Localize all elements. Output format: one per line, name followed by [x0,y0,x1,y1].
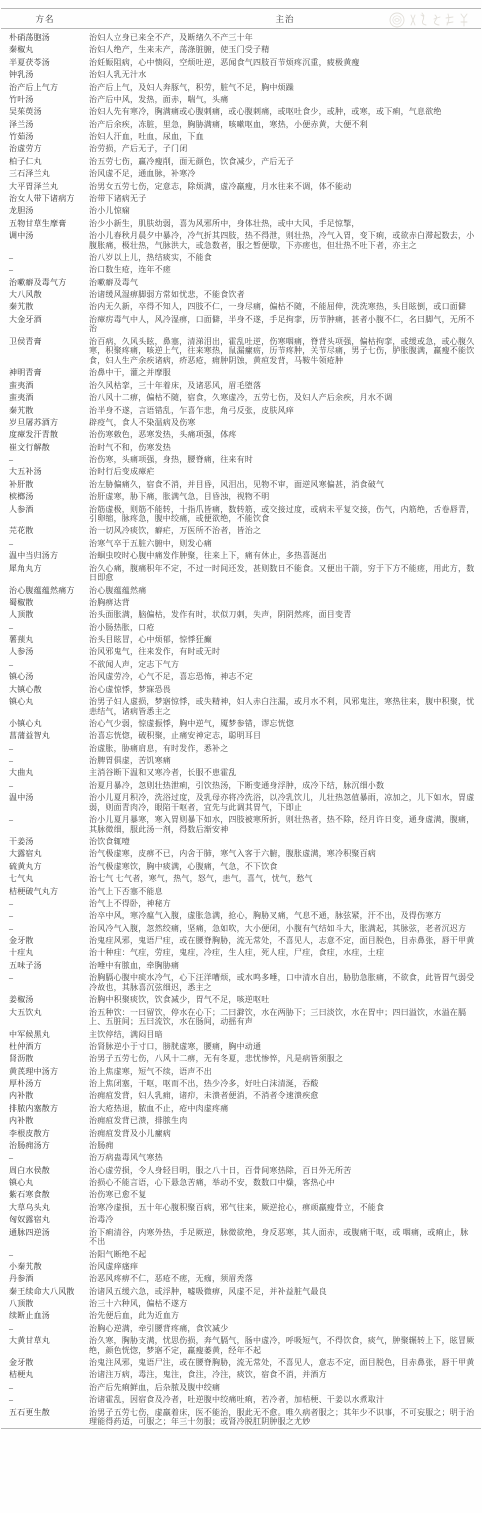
indication: 治心虚惊悸，梦寐恐畏 [89,685,481,695]
table-row: 五物甘草生摩膏 治少小新生，肌肤幼弱，喜为风邪所中，身体壮热，或中大风，手足惊掣… [1,217,481,229]
table-row: – 治夏月暴冷，忽则壮热泄痢，引饮热汤，下断变通身浮肿，成冷下结，脉沉细小数 [1,779,481,791]
formula-name: 菖蒲益智丸 [1,731,89,741]
indication: 治口数生疮，连年不瘥 [89,265,481,275]
formula-name: – [1,815,89,834]
table-row: 人参酒 治筋虚极，则筋不能转，十指爪皆痛，数转筋，或交接过度，或病未平复交接，伤… [1,503,481,525]
indication: 治风邪鬼气，往来发作，有时或无时 [89,647,481,657]
indication: 治诸缓风湿痹脚弱方常如忧悲，不能食饮者 [89,290,481,300]
indication: 治妇人立身已来全不产，及断绪久不产三十年 [89,33,481,43]
table-row: 调中汤 治小儿春秋月晨夕中暴冷，冷气折其四肢，热不得泄，则壮热，冷气入胃，变下痢… [1,230,481,252]
indication: 治心气少弱，惊虚振悸，胸中逆气，魇梦参错，谬忘恍惚 [89,719,481,729]
indication: 治先便后血，此为近血方 [89,1311,481,1321]
table-row: 治女人带下诸病方 治带下诸病无子 [1,192,481,204]
indication: 治肾脉逆小于寸口，膀胱虚寒，腰痛，胸中动通 [89,1042,481,1052]
table-row: – 治气上不得卧，神秘方 [1,898,481,910]
indication: 治卒中风，寒冷瘟气入腹，虚胀急满，抢心，胸胁叉痛，气息不通，脉弦紧，汗不出，及得… [89,911,481,921]
table-row: – 治卒中风，寒冷瘟气入腹，虚胀急满，抢心，胸胁叉痛，气息不通，脉弦紧，汗不出，… [1,910,481,922]
table-header-row: 方名 主治 [1,9,481,29]
indication: 治八风十二痹，偏枯不随，宿食，久寒虚冷，五劳七伤，及妇人产后余疾，月水不调 [89,393,481,403]
table-row: – 治虚胀，胁痛肩息，有时发作，悉补之 [1,742,481,754]
indication: 治鼻中干，灌之并摩服 [89,368,481,378]
indication: 不欲闻人声，定志下气方 [89,660,481,670]
formula-name: 桔梗丸 [1,1370,89,1380]
table-row: 硫黄丸方 治气极虚寒饮，胸中痰满，心腹痛，气急，不下饮食 [1,860,481,872]
formula-name: 半夏茯苓汤 [1,58,89,68]
formula-name: – [1,924,89,934]
table-row: – 治寒气卒于五脏六腑中，则发心痛 [1,537,481,549]
table-row: 龙胆汤 治小儿惊痫 [1,205,481,217]
formula-name: 大曲丸 [1,768,89,778]
indication: 治嗽癖及毒气 [89,278,481,288]
formula-name: 大草乌头丸 [1,1203,89,1213]
indication: 治饮食辄噎 [89,837,481,847]
formula-name: 卫侯青膏 [1,337,89,366]
indication: 治唾中有脓血，牵胸胁痛 [89,961,481,971]
indication: 治左胁偏痛久，宿食不消，并目昏，风泪出，见物不审，面逆风寒偏甚，消食破气 [89,480,481,490]
formula-name: 泽兰汤 [1,120,89,130]
table-row: 泽兰汤 治产后余疾，冻脏，里急，胸胁满痛，咳嗽呕血，寒热，小便赤黄，大便不利 [1,118,481,130]
formula-name: 治肠痈汤方 [1,1141,89,1151]
table-row: – 治产后先痢鲜血，后杂脓及腹中绞痛 [1,1381,481,1393]
formula-name: 治嗽癖及毒气方 [1,278,89,288]
table-row: – 不欲闻人声，定志下气方 [1,658,481,670]
formula-name: – [1,1153,89,1163]
formula-name: 大金牙酒 [1,315,89,334]
formula-name: 厚朴汤方 [1,1079,89,1089]
indication: 治男子五劳七伤，虚羸着床，医不能治，服此无不愈。唯久病者服之；其年少不识事，不可… [89,1408,481,1427]
indication: 治头目眩冒，心中烦郁，惊悸狂癫 [89,635,481,645]
table-row: – 治八岁以上儿，热结痰实，不能食 [1,252,481,264]
formula-name: 三石泽兰丸 [1,169,89,179]
indication: 治男子五劳七伤，八风十二痹，无有冬夏，悲忧惨悴，凡是病皆须服之 [89,1054,481,1064]
table-row: 内补散 治痈疽发背已溃，排脓生肉 [1,1115,481,1127]
formula-name: 干姜汤 [1,837,89,847]
table-row: 竹叶汤 治产后中风，发热，面赤，喘气，头痛 [1,93,481,105]
indication: 治产后余疾，冻脏，里急，胸胁满痛，咳嗽呕血，寒热，小便赤黄，大便不利 [89,120,481,130]
indication: 治诸注万病，毒注，鬼注，食注，冷注，痰饮，宿食不消，并酒方 [89,1370,481,1380]
formula-name: 龙胆汤 [1,206,89,216]
table-row: 桔梗丸 治诸注万病，毒注，鬼注，食注，冷注，痰饮，宿食不消，并酒方 [1,1369,481,1381]
formula-name: 大平胃泽兰丸 [1,182,89,192]
table-row: 度瘴发汗青散 治伤寒敕色，恶寒发热，头痛项强，体疼 [1,429,481,441]
column-header-formula-name: 方名 [1,14,89,24]
formula-name: – [1,623,89,633]
table-row: 治产后上气方 治产后上气，及妇人奔豚气，积劳，脏气不足，胸中烦躁 [1,81,481,93]
formula-name: 治产后上气方 [1,83,89,93]
table-row: – 治风冷气入腹，忽然绞痛，坚痛，急如吹，大小便闭，小腹有气结如斗大，胀满起，其… [1,922,481,934]
formulary-table-page: 方名 主治 朴硝荡胞汤 治妇人立身已来全不产，及断绪久不产三十年 秦椒丸 治妇人… [0,0,482,1513]
formula-name: 杜仲酒方 [1,1042,89,1052]
formula-name: – [1,1395,89,1405]
formula-name: 秦王续命大八风散 [1,1287,89,1297]
formula-name: 七气丸 [1,874,89,884]
table-row: – 治阳气断绝不起 [1,1248,481,1260]
formulary-table: 方名 主治 朴硝荡胞汤 治妇人立身已来全不产，及断绪久不产三十年 秦椒丸 治妇人… [1,8,481,1429]
formula-name: – [1,911,89,921]
formula-name: 五物甘草生摩膏 [1,219,89,229]
table-row: 杜仲酒方 治肾脉逆小于寸口，膀胱虚寒，腰痛，胸中动通 [1,1041,481,1053]
formula-name: 周白水侯散 [1,1166,89,1176]
table-row: – 治口数生疮，连年不瘥 [1,264,481,276]
table-row: 五石更生散 治男子五劳七伤，虚羸着床，医不能治，服此无不愈。唯久病者服之；其年少… [1,1406,481,1428]
table-row: – 治小肠热胀，口疮 [1,621,481,633]
table-row: 薯蓣丸 治头目眩冒，心中烦郁，惊悸狂癫 [1,634,481,646]
formula-name: 桔梗破气丸方 [1,887,89,897]
table-row: 芫花散 治一切风冷痰饮，癖疟，万医所不治者，皆治之 [1,525,481,537]
table-row: 治嗽癖及毒气方 治嗽癖及毒气 [1,276,481,288]
indication: 治半身不遂，言语错乱，乍喜乍悲，角弓反张，皮肤风痒 [89,406,481,416]
indication: 治妇人汗血，吐血，尿血，下血 [89,132,481,142]
table-row: 大五补汤 治时行后变成瘴疟 [1,466,481,478]
formula-name: – [1,1324,89,1334]
indication: 治万病蛊毒风气寒热 [89,1153,481,1163]
table-row: 温中汤 治小儿夏月积冷，洗浴过度，及乳母亦将冷洗浴，以冷乳饮儿，儿壮热忽值暴雨，… [1,792,481,814]
table-row: 治虚劳方 治劳损，产后无子，子门闭 [1,143,481,155]
formula-name: 崔文行解散 [1,443,89,453]
indication: 治风冷气入腹，忽然绞痛，坚痛，急如吹，大小便闭，小腹有气结如斗大，胀满起，其脉弦… [89,924,481,934]
formula-name: 通脉四逆汤 [1,1228,89,1247]
indication: 治肝虚寒，胁下痛，胀满气急，目昏浊，视物不明 [89,492,481,502]
table-row: 秦椒丸 治妇人绝产，生来未产，荡涤脏腑，使玉门受子精 [1,44,481,56]
formula-name: – [1,253,89,263]
indication: 治五种饮：一曰留饮，停水在心下；二曰澼饮，水在两胁下；三曰淡饮，水在胃中；四曰溢… [89,1008,481,1027]
indication: 治痈疽发背，妇人乳痈，诸疖，未溃者便消，不消者令速溃疾愈 [89,1091,481,1101]
formula-name: 竹茹汤 [1,132,89,142]
table-row: 镇心汤 治风虚劳冷，心气不足，喜忘恐怖，神志不定 [1,671,481,683]
indication: 治七气 七气者，寒气，热气，怒气，恚气，喜气，忧气，愁气 [89,874,481,884]
table-row: 秦王续命大八风散 治诸风五缓六急，或浮肿，嘘吸微痹，风虚不足，并补益脏气最良 [1,1285,481,1297]
formula-name: 温中汤 [1,793,89,812]
formula-name: 镇心汤 [1,672,89,682]
indication: 治产后先痢鲜血，后杂脓及腹中绞痛 [89,1383,481,1393]
indication: 治虚胀，胁痛肩息，有时发作，悉补之 [89,744,481,754]
table-row: 小秦艽散 治风虚痒瘙痒 [1,1260,481,1272]
table-row: 大露宿丸 治气极虚寒，皮痹不已，内舍于肺，寒气入客于六腑，腹胀虚满，寒冷积聚百病 [1,848,481,860]
table-body: 朴硝荡胞汤 治妇人立身已来全不产，及断绪久不产三十年 秦椒丸 治妇人绝产，生来未… [1,29,481,1428]
formula-name: 中军候黑丸 [1,1030,89,1040]
indication: 治久心痛，腹痛积年不定，不过一时间还发，甚则数日不能食。又便出干箭，穷于下方不能… [89,564,481,583]
table-row: – 治诸霍乱，因宿食及冷者，吐逆腹中绞痛吐痢，若冷者，加桔梗、干姜以水煮取汁 [1,1394,481,1406]
indication: 治带下诸病无子 [89,194,481,204]
formula-name: 朴硝荡胞汤 [1,33,89,43]
table-row: 李根皮散方 治痈疽发背及小儿瘰病 [1,1127,481,1139]
table-row: – 治伤寒，头痛项强，身热，腰脊痛，往来有时 [1,454,481,466]
table-row: 肾沥散 治男子五劳七伤，八风十二痹，无有冬夏，悲忧惨悴，凡是病皆须服之 [1,1053,481,1065]
table-row: 金牙散 治鬼疰风邪，鬼语尸疰，或在腰脊胸胁，流无常处，不喜见人，志意不定，面目脱… [1,935,481,947]
indication: 治妊娠阻病，心中愦闷，空烦吐逆，恶闻食气四肢百节烦疼沉重，疲极黄瘦 [89,58,481,68]
formula-name: 秦艽散 [1,406,89,416]
formula-name: 丹参酒 [1,1274,89,1284]
formula-name: 大五补汤 [1,467,89,477]
indication: 治小儿春秋月晨夕中暴冷，冷气折其四肢，热不得泄，则壮热，冷气入胃，变下痢，或欲赤… [89,231,481,250]
table-row: 五味子汤 治唾中有脓血，牵胸胁痛 [1,959,481,971]
formula-name: 治虚劳方 [1,144,89,154]
table-row: 金牙散 治鬼注风邪，鬼语尸注，或在腰脊胸胁，流无常处，不喜见人，意志不定，面目脱… [1,1357,481,1369]
indication: 治头面胀满，脑偏枯，发作有时，状似刀刺，失声，阴阴然疼，面目变青 [89,610,481,620]
table-row: 黄芪理中汤方 治上焦虚寒，短气不续，语声不出 [1,1065,481,1077]
table-row: 卫侯青膏 治百病，久风头眩，鼻塞，清涕泪出，霍乱吐逆，伤寒咽痛，脊背头项强，偏枯… [1,335,481,367]
formula-name: 人参酒 [1,505,89,524]
table-row: 槟榔汤 治肝虚寒，胁下痛，胀满气急，目昏浊，视物不明 [1,491,481,503]
formula-name: 内补散 [1,1116,89,1126]
indication: 治寒冷虚损，五十年心腹积聚百病，邪气往来，厥逆抢心，痹顽羸瘦骨立，不能食 [89,1203,481,1213]
formula-name: – [1,756,89,766]
formula-name: 人顶散 [1,610,89,620]
formula-name: 温中当归汤方 [1,551,89,561]
indication: 治小儿夏月积冷，洗浴过度，及乳母亦将冷洗浴，以冷乳饮儿，儿壮热忽值暴雨，凉加之，… [89,793,481,812]
formula-name: 五味子汤 [1,961,89,971]
table-row: 人顶散 治头面胀满，脑偏枯，发作有时，状似刀刺，失声，阴阴然疼，面目变青 [1,609,481,621]
indication: 治上焦虚寒，短气不续，语声不出 [89,1067,481,1077]
indication: 主饮停结，满闷目暗 [89,1030,481,1040]
table-row: 蛮夷酒 治八风十二痹，偏枯不随，宿食，久寒虚冷，五劳七伤，及妇人产后余疾，月水不… [1,392,481,404]
indication: 治筋虚极，则筋不能转，十指爪皆痛，数转筋，或交接过度，或病未平复交接，伤气，内筋… [89,505,481,524]
table-row: 大五饮丸 治五种饮：一曰留饮，停水在心下；二曰澼饮，水在两胁下；三曰淡饮，水在胃… [1,1006,481,1028]
indication: 治少小新生，肌肤幼弱，喜为风邪所中，身体壮热，或中大风，手足惊掣， [89,219,481,229]
formula-name: 小镇心丸 [1,719,89,729]
formula-name: – [1,973,89,992]
table-row: 镇心丸 治损心不能言语，心下悬急苦痛，举动不安，数数口中燥，客热心中 [1,1177,481,1189]
table-row: 补肝散 治左胁偏痛久，宿食不消，并目昏，风泪出，见物不审，面逆风寒偏甚，消食破气 [1,478,481,490]
indication: 治气上下否塞不能息 [89,887,481,897]
indication: 治阳气断绝不起 [89,1250,481,1260]
formula-name: 姜椒汤 [1,995,89,1005]
indication: 治痈疽发背已溃，排脓生肉 [89,1116,481,1126]
indication: 治毒冷 [89,1215,481,1225]
indication: 治风虚劳冷，心气不足，喜忘恐怖，神志不定 [89,672,481,682]
indication: 治心虚劳损，令人身轻目明，服之八十日，百骨间寒热除，百日外无所苦 [89,1166,481,1176]
formula-name: 调中汤 [1,231,89,250]
indication: 辟疫气，食人不染温病及伤寒 [89,418,481,428]
formula-name: 大黄甘草丸 [1,1336,89,1355]
table-row: – 治万病蛊毒风气寒热 [1,1152,481,1164]
table-row: 大草乌头丸 治寒冷虚损，五十年心腹积聚百病，邪气往来，厥逆抢心，痹顽羸瘦骨立，不… [1,1201,481,1213]
indication: 治百病，久风头眩，鼻塞，清涕泪出，霍乱吐逆，伤寒咽痛，脊背头项强，偏枯拘挛，或缓… [89,337,481,366]
table-row: 治心腹蕴蕴然痛方 治心腹蕴蕴然痛 [1,584,481,596]
table-row: 桔梗破气丸方 治气上下否塞不能息 [1,885,481,897]
table-row: 大镇心散 治心虚惊悸，梦寐恐畏 [1,683,481,695]
indication: 治妇人绝产，生来未产，荡涤脏腑，使玉门受子精 [89,45,481,55]
table-row: 钟乳汤 治妇人乳无汁水 [1,69,481,81]
formula-name: 补肝散 [1,480,89,490]
table-row: 丹参酒 治恶风疼痹不仁，恶疮不瘥，无痂，须眉秃落 [1,1273,481,1285]
formula-name: 秦艽散 [1,302,89,312]
formula-name: 黄芪理中汤方 [1,1067,89,1077]
indication: 治鬼疰风邪，鬼语尸疰，或在腰脊胸胁，流无常处，不喜见人，志意不定，面目脱色，目赤… [89,936,481,946]
formula-name: 十疰丸 [1,948,89,958]
indication: 治诸风五缓六急，或浮肿，嘘吸微痹，风虚不足，并补益脏气最良 [89,1287,481,1297]
indication: 治时行后变成瘴疟 [89,467,481,477]
formula-name: – [1,744,89,754]
indication: 治时气不和，伤寒发热 [89,443,481,453]
table-row: 紫石寒食散 治伤寒已愈不复 [1,1189,481,1201]
formula-name: 治心腹蕴蕴然痛方 [1,586,89,596]
table-row: 温中当归汤方 治蛔虫咬时心腹中痛发作肿聚，往来上下，痛有休止，多热喜涎出 [1,550,481,562]
indication: 治气上不得卧，神秘方 [89,899,481,909]
table-row: – 治胸心逆满，牵引腰背疼痛，食饮减少 [1,1322,481,1334]
indication: 治寒气卒于五脏六腑中，则发心痛 [89,539,481,549]
formula-name: 大八风散 [1,290,89,300]
formula-name: – [1,265,89,275]
indication: 治五劳七伤，羸冷瘦削，面无颜色，饮食减少，产后无子 [89,157,481,167]
formula-name: 蛮夷酒 [1,381,89,391]
indication: 治气极虚寒，皮痹不已，内舍于肺，寒气入客于六腑，腹胀虚满，寒冷积聚百病 [89,849,481,859]
formula-name: 蛮夷酒 [1,393,89,403]
indication: 主消谷断下温和又寒冷者，长服不患霍乱 [89,768,481,778]
formula-name: 大露宿丸 [1,849,89,859]
table-row: – 治胸膈心腹中痰水冷气，心下汪洋嘈烦，或水鸣多唾，口中清水自出，胁肋急胀痛，不… [1,972,481,994]
indication: 治诸霍乱，因宿食及冷者，吐逆腹中绞痛吐痢，若冷者，加桔梗、干姜以水煮取汁 [89,1395,481,1405]
table-row: – 治脾胃俱虚，苦饥寒痛 [1,755,481,767]
table-row: 柏子仁丸 治五劳七伤，羸冷瘦削，面无颜色，饮食减少，产后无子 [1,155,481,167]
indication: 治胸中积聚痰饮，饮食减少，胃气不足，咳逆呕吐 [89,995,481,1005]
column-header-indication: 主治 [89,14,481,24]
table-row: 蜀椒散 治胸痹达背 [1,597,481,609]
formula-name: 内补散 [1,1091,89,1101]
table-row: 通脉四逆汤 治下痢清谷，内寒外热，手足厥逆，脉微欲绝，身反恶寒，其人面赤，或腹痛… [1,1226,481,1248]
formula-name: 排脓内塞散方 [1,1104,89,1114]
indication: 治脾胃俱虚，苦饥寒痛 [89,756,481,766]
formula-name: 薯蓣丸 [1,635,89,645]
formula-name: 蜀椒散 [1,598,89,608]
table-row: 大八风散 治诸缓风湿痹脚弱方常如忧悲，不能食饮者 [1,289,481,301]
table-row: 匈奴露宿丸 治毒冷 [1,1214,481,1226]
formula-name: 镇心丸 [1,697,89,716]
formula-name: 紫石寒食散 [1,1190,89,1200]
formula-name: 大五饮丸 [1,1008,89,1027]
indication: 治产后中风，发热，面赤，喘气，头痛 [89,95,481,105]
formula-name: 柏子仁丸 [1,157,89,167]
formula-name: 李根皮散方 [1,1129,89,1139]
formula-name: 匈奴露宿丸 [1,1215,89,1225]
formula-name: 大镇心散 [1,685,89,695]
indication: 治下痢清谷，内寒外热，手足厥逆，脉微欲绝，身反恶寒，其人面赤，或腹痛干呕，或 咽… [89,1228,481,1247]
indication: 治妇人先有寒冷，胸满痛或心腹刺痛，或心腹刺痛，或呕吐食少，或肿，或寒，或下痢，气… [89,107,481,117]
indication: 治小肠热胀，口疮 [89,623,481,633]
formula-name: 吴茱萸汤 [1,107,89,117]
formula-name: – [1,660,89,670]
formula-name: – [1,455,89,465]
indication: 治男子妇人虚损，梦寤惊悸，或失精神，妇人赤白注漏，或月水不利，风邪鬼注，寒热往来… [89,697,481,716]
indication: 治大疮热退，脓血不止，疮中肉虚疼痛 [89,1104,481,1114]
indication: 治喜忘恍惚，破积聚，止痛安神定志，聪明耳目 [89,731,481,741]
formula-name: 八顶散 [1,1299,89,1309]
table-row: 崔文行解散 治时气不和，伤寒发热 [1,441,481,453]
formula-name: 槟榔汤 [1,492,89,502]
indication: 治损心不能言语，心下悬急苦痛，举动不安，数数口中燥，客热心中 [89,1178,481,1188]
table-row: 八顶散 治三十六种风，偏枯不遂方 [1,1298,481,1310]
table-row: 神明青膏 治鼻中干，灌之并摩服 [1,367,481,379]
indication: 治小儿惊痫 [89,206,481,216]
table-row: 干姜汤 治饮食辄噎 [1,836,481,848]
indication: 治八岁以上儿，热结痰实，不能食 [89,253,481,263]
table-row: 小镇心丸 治心气少弱，惊虚振悸，胸中逆气，魇梦参错，谬忘恍惚 [1,718,481,730]
indication: 治劳损，产后无子，子门闭 [89,144,481,154]
formula-name: 芫花散 [1,526,89,536]
indication: 治十种疰：气疰，劳疰，鬼疰，冷疰，生人疰，死人疰，尸疰，食疰，水疰，土疰 [89,948,481,958]
formula-name: 肾沥散 [1,1054,89,1064]
table-row: 厚朴汤方 治上焦闭塞，干呕，呕而不出，热少冷多，好吐白沫清涎，吞酸 [1,1078,481,1090]
indication: 治久寒，胸胁支满，忧思伤损，奔气膈气，肠中虚冷，呼吸短气，不得饮食，痰气，肿聚辗… [89,1336,481,1355]
indication: 治气极虚寒饮，胸中痰满，心腹痛，气急，不下饮食 [89,862,481,872]
formula-name: 竹叶汤 [1,95,89,105]
table-row: 姜椒汤 治胸中积聚痰饮，饮食减少，胃气不足，咳逆呕吐 [1,994,481,1006]
formula-name: 秦椒丸 [1,45,89,55]
indication: 治肠痈 [89,1141,481,1151]
indication: 治男女五劳七伤，定意志，除烦满，虚冷羸瘦，月水往来不调，体不能动 [89,182,481,192]
indication: 治久风枯挛，三十年着床，及诸恶风，眉毛堕落 [89,381,481,391]
indication: 治痈疽发背及小儿瘰病 [89,1129,481,1139]
formula-name: 犀角丸方 [1,564,89,583]
formula-name: 人参汤 [1,647,89,657]
indication: 治产后上气，及妇人奔豚气，积劳，脏气不足，胸中烦躁 [89,83,481,93]
table-row: 人参汤 治风邪鬼气，往来发作，有时或无时 [1,646,481,658]
table-row: 治肠痈汤方 治肠痈 [1,1140,481,1152]
indication: 治小儿夏月暴寒，寒入胃则暴下如水，四肢被寒所折，则壮热者，热不除，经月许日变，通… [89,815,481,834]
indication: 治胸膈心腹中痰水冷气，心下汪洋嘈烦，或水鸣多唾，口中清水自出，胁肋急胀痛，不欲食… [89,973,481,992]
table-row: 蛮夷酒 治久风枯挛，三十年着床，及诸恶风，眉毛堕落 [1,379,481,391]
indication: 治上焦闭塞，干呕，呕而不出，热少冷多，好吐白沫清涎，吞酸 [89,1079,481,1089]
formula-name: – [1,539,89,549]
indication: 治风虚不足，通血脉，补寒冷 [89,169,481,179]
table-row: 大金牙酒 治瘴疠毒气中人，风冷湿痹，口面僻，半身不遂，手足拘挛，历节肿痛，甚者小… [1,313,481,335]
indication: 治恶风疼痹不仁，恶疮不瘥，无痂，须眉秃落 [89,1274,481,1284]
table-row: 秦艽散 治内无久新，卒得不知人，四肢不仁，一身尽痛，偏枯不随，不能屈伸，洗洗寒热… [1,301,481,313]
indication: 治蛔虫咬时心腹中痛发作肿聚，往来上下，痛有休止，多热喜涎出 [89,551,481,561]
table-row: 内补散 治痈疽发背，妇人乳痈，诸疖，未溃者便消，不消者令速溃疾愈 [1,1090,481,1102]
table-row: 朴硝荡胞汤 治妇人立身已来全不产，及断绪久不产三十年 [1,29,481,44]
indication: 治心腹蕴蕴然痛 [89,586,481,596]
formula-name: – [1,1250,89,1260]
table-row: 十疰丸 治十种疰：气疰，劳疰，鬼疰，冷疰，生人疰，死人疰，尸疰，食疰，水疰，土疰 [1,947,481,959]
formula-name: 治女人带下诸病方 [1,194,89,204]
indication: 治胸心逆满，牵引腰背疼痛，食饮减少 [89,1324,481,1334]
table-row: 大曲丸 主消谷断下温和又寒冷者，长服不患霍乱 [1,767,481,779]
indication: 治风虚痒瘙痒 [89,1262,481,1272]
formula-name: – [1,1383,89,1393]
indication: 治一切风冷痰饮，癖疟，万医所不治者，皆治之 [89,526,481,536]
formula-name: 硫黄丸方 [1,862,89,872]
indication: 治三十六种风，偏枯不遂方 [89,1299,481,1309]
table-row: 镇心丸 治男子妇人虚损，梦寤惊悸，或失精神，妇人赤白注漏，或月水不利，风邪鬼注，… [1,696,481,718]
indication: 治伤寒，头痛项强，身热，腰脊痛，往来有时 [89,455,481,465]
formula-name: 岁旦屠苏酒方 [1,418,89,428]
table-row: 大平胃泽兰丸 治男女五劳七伤，定意志，除烦满，虚冷羸瘦，月水往来不调，体不能动 [1,180,481,192]
formula-name: 金牙散 [1,936,89,946]
indication: 治内无久新，卒得不知人，四肢不仁，一身尽痛，偏枯不随，不能屈伸，洗洗寒热，头目眩… [89,302,481,312]
formula-name: 金牙散 [1,1358,89,1368]
formula-name: 神明青膏 [1,368,89,378]
indication: 治伤寒已愈不复 [89,1190,481,1200]
table-row: 菖蒲益智丸 治喜忘恍惚，破积聚，止痛安神定志，聪明耳目 [1,730,481,742]
formula-name: – [1,899,89,909]
formula-name: 镇心丸 [1,1178,89,1188]
table-row: 大黄甘草丸 治久寒，胸胁支满，忧思伤损，奔气膈气，肠中虚冷，呼吸短气，不得饮食，… [1,1335,481,1357]
indication: 治伤寒敕色，恶寒发热，头痛项强，体疼 [89,430,481,440]
formula-name: 度瘴发汗青散 [1,430,89,440]
indication: 治妇人乳无汁水 [89,70,481,80]
indication: 治胸痹达背 [89,598,481,608]
formula-name: 五石更生散 [1,1408,89,1427]
table-row: 吴茱萸汤 治妇人先有寒冷，胸满痛或心腹刺痛，或心腹刺痛，或呕吐食少，或肿，或寒，… [1,106,481,118]
table-row: 三石泽兰丸 治风虚不足，通血脉，补寒冷 [1,168,481,180]
table-row: – 治小儿夏月暴寒，寒入胃则暴下如水，四肢被寒所折，则壮热者，热不除，经月许日变… [1,814,481,836]
table-row: 犀角丸方 治久心痛，腹痛积年不定，不过一时间还发，甚则数日不能食。又便出干箭，穷… [1,562,481,584]
table-row: 岁旦屠苏酒方 辟疫气，食人不染温病及伤寒 [1,416,481,428]
formula-name: 续断止血汤 [1,1311,89,1321]
table-row: 秦艽散 治半身不遂，言语错乱，乍喜乍悲，角弓反张，皮肤风痒 [1,404,481,416]
table-row: 周白水侯散 治心虚劳损，令人身轻目明，服之八十日，百骨间寒热除，百日外无所苦 [1,1164,481,1176]
